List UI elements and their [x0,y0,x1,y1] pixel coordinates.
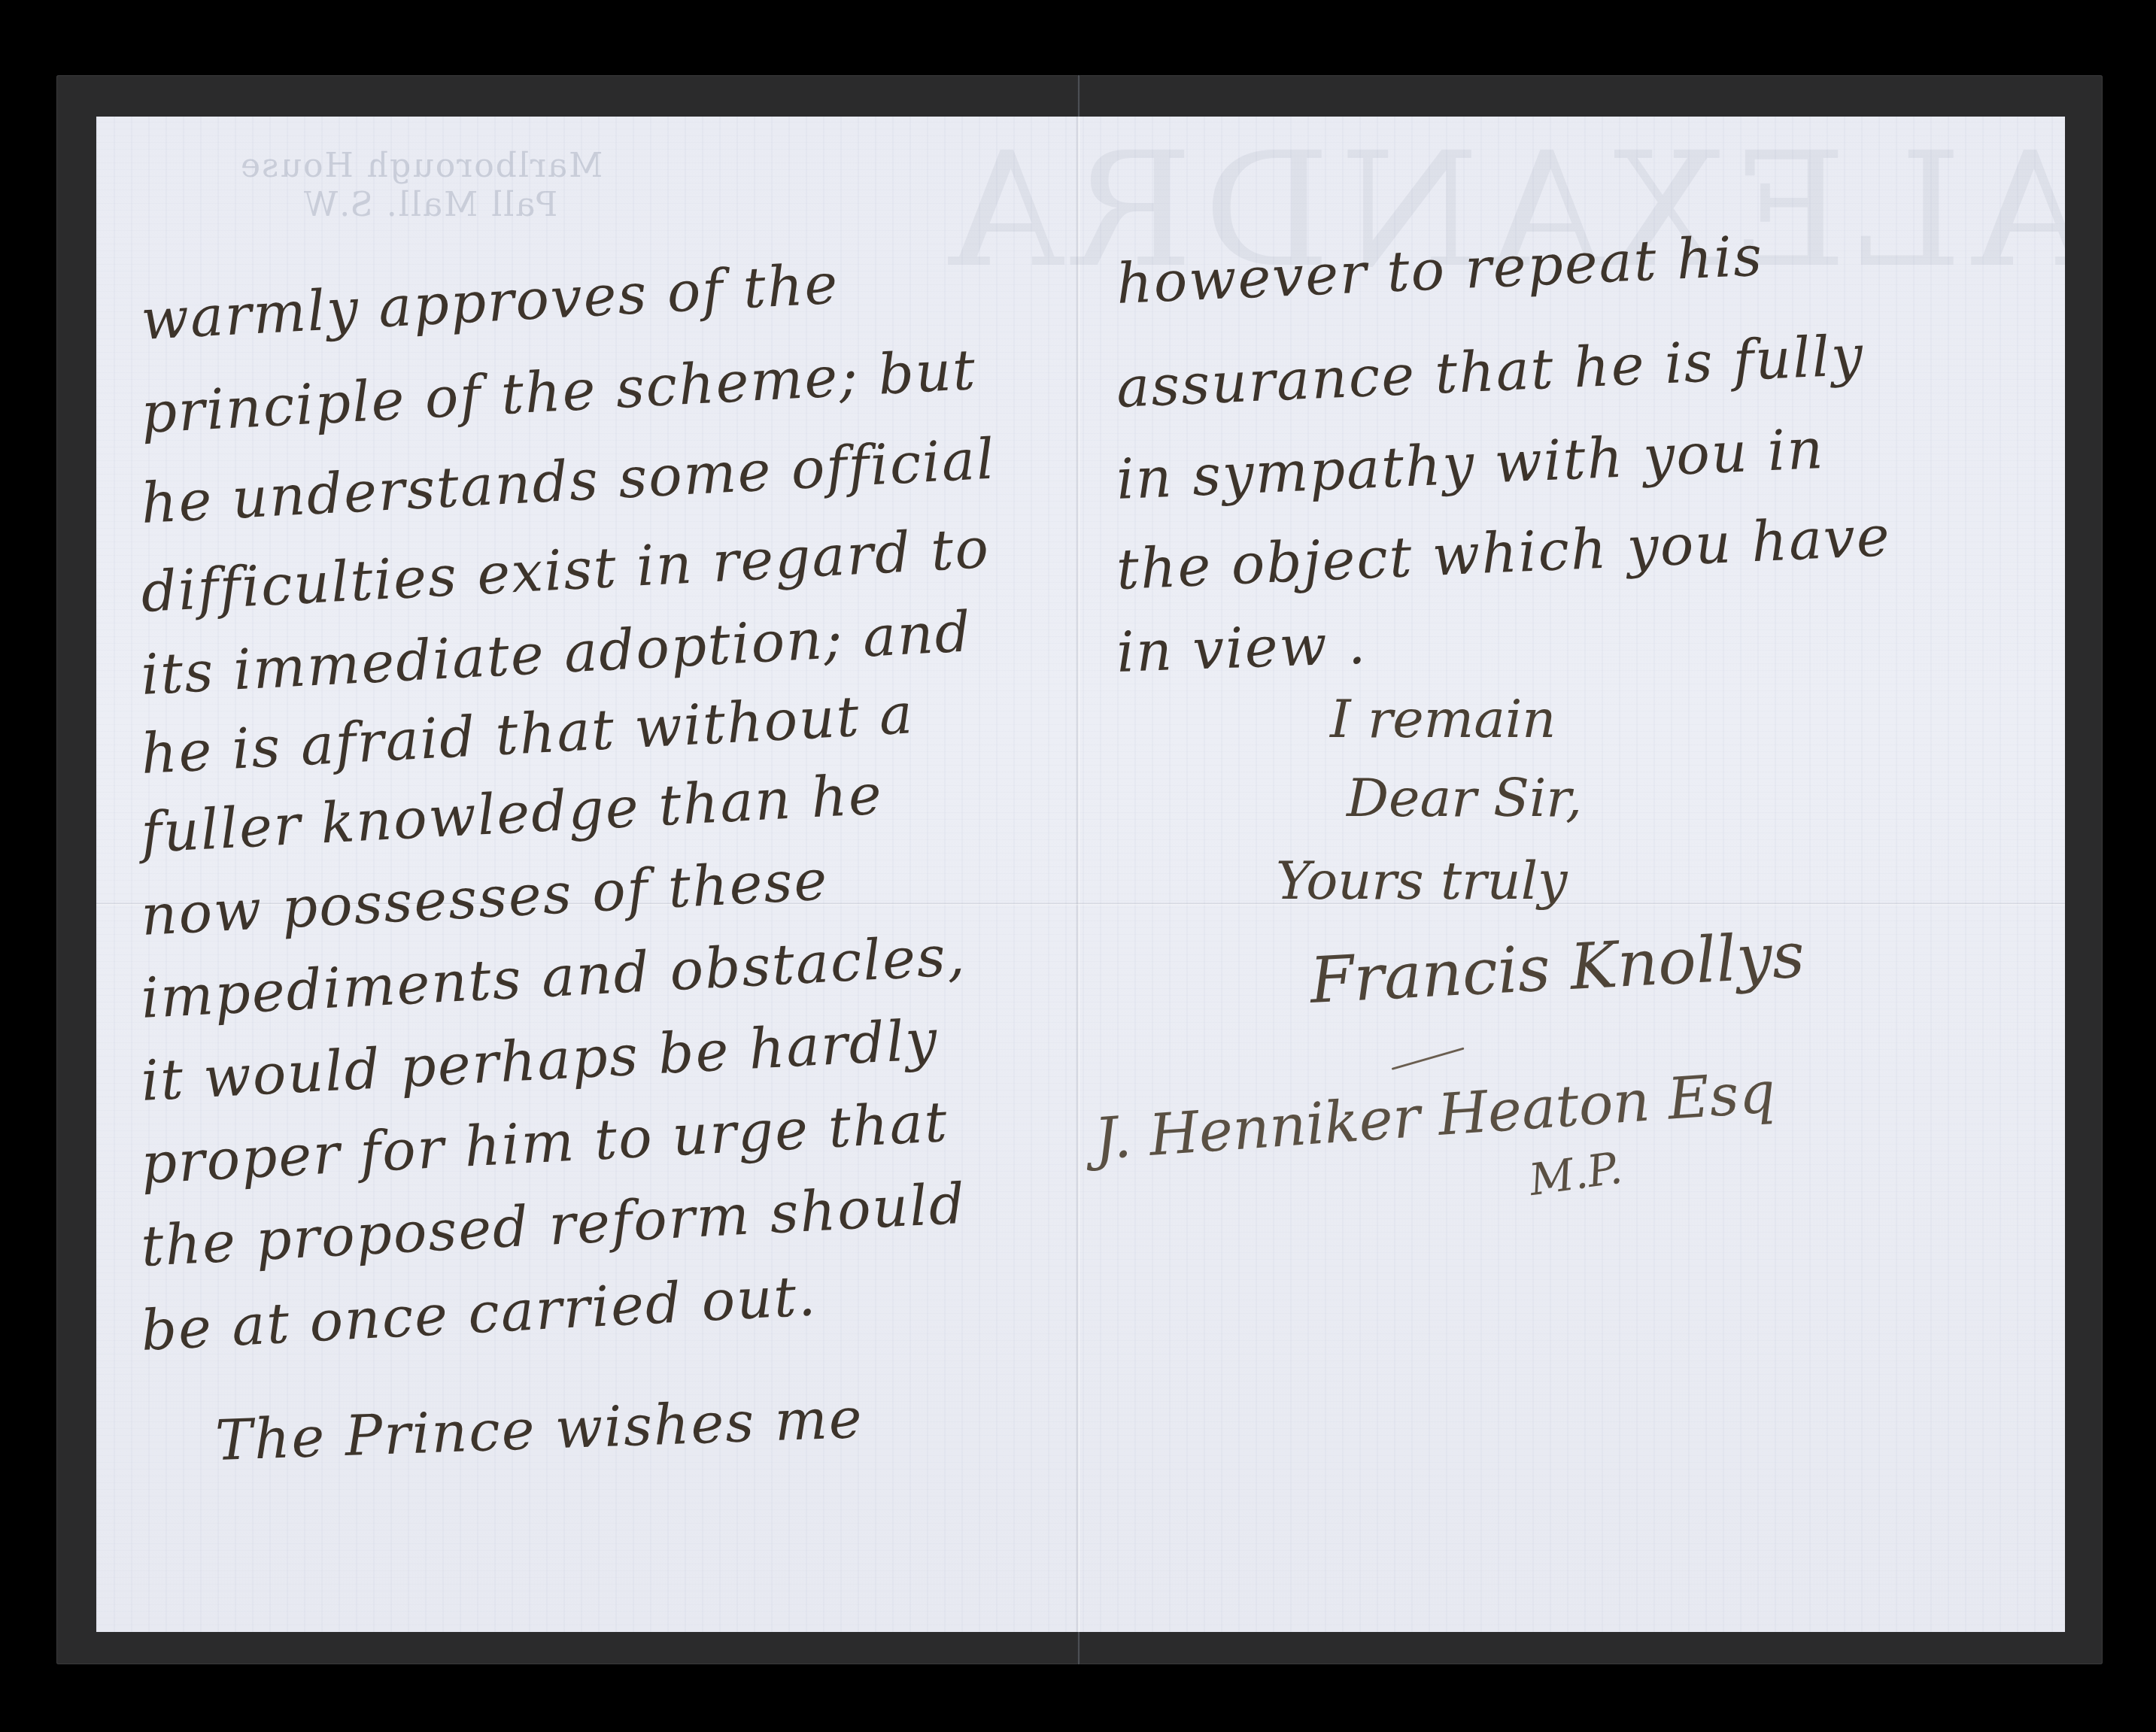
letter-line: he understands some official [139,427,997,536]
letter-line: principle of the scheme; but [139,338,978,446]
paragraph-start-line: The Prince wishes me [214,1386,864,1473]
closing-i-remain: I remain [1330,688,1556,750]
letter-paper: ALEXANDRA Marlborough House Pall Mall. S… [96,117,2065,1632]
left-page: warmly approves of the principle of the … [96,117,1074,1632]
letter-line: be at once carried out. [139,1263,818,1363]
addressee-name: J. Henniker Heaton Esq [1092,1058,1778,1172]
signature-flourish [1392,1047,1465,1069]
addressee-suffix: M.P. [1526,1142,1626,1206]
letter-line: warmly approves of the [139,252,840,353]
vertical-fold-crease [1076,117,1080,1632]
closing-dear-sir: Dear Sir, [1347,767,1582,829]
closing-yours-truly: Yours truly [1276,850,1568,911]
letter-line: the object which you have [1115,504,1892,602]
letter-line: in view . [1116,611,1368,685]
right-page: however to repeat his assurance that he … [1082,117,2065,1632]
signature: Francis Knollys [1308,918,1806,1018]
letter-line: assurance that he is fully [1115,323,1866,420]
letter-line: however to repeat his [1115,224,1765,317]
letter-line: now possesses of these [139,848,830,948]
letter-line: in sympathy with you in [1115,417,1826,512]
